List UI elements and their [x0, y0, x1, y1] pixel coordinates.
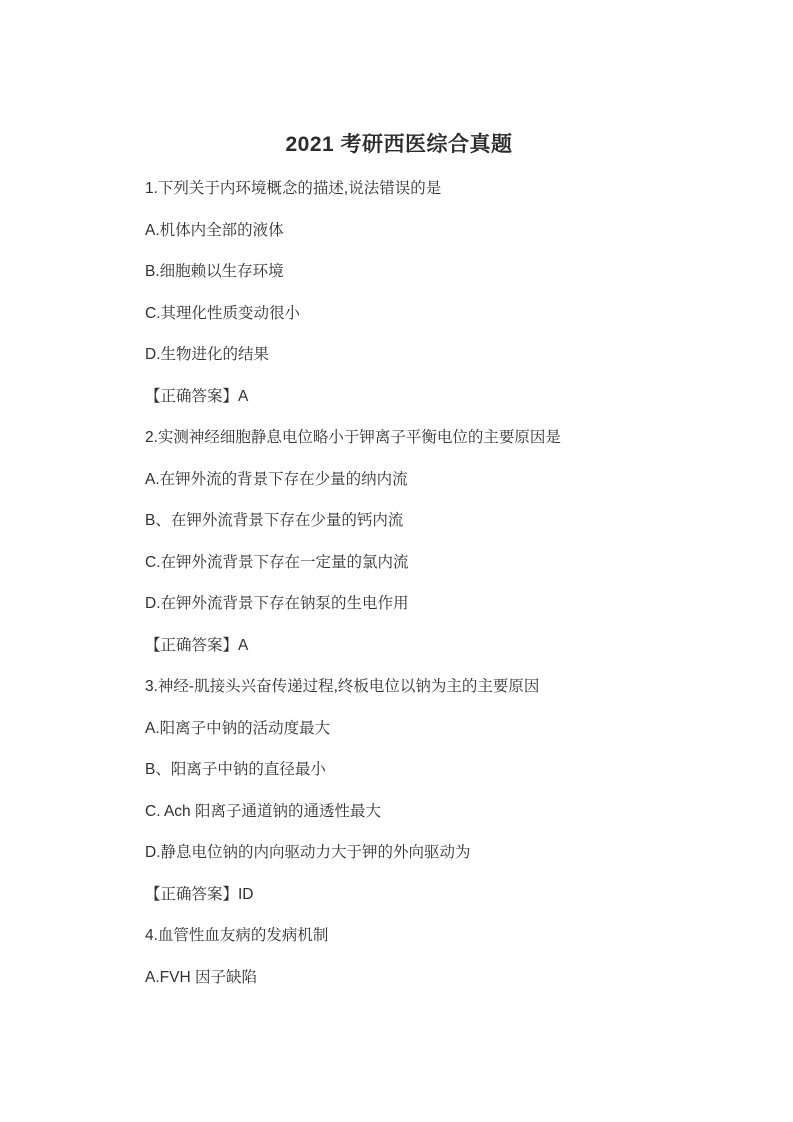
- question-stem: 4.血管性血友病的发病机制: [145, 926, 653, 947]
- option-line: D.静息电位钠的内向驱动力大于钾的外向驱动为: [145, 843, 653, 864]
- option-line: D.生物进化的结果: [145, 345, 653, 366]
- option-line: B.细胞赖以生存环境: [145, 262, 653, 283]
- option-line: D.在钾外流背景下存在钠泵的生电作用: [145, 594, 653, 615]
- option-line: A.FVH 因子缺陷: [145, 968, 653, 989]
- question-stem: 1.下列关于内环境概念的描述,说法错误的是: [145, 179, 653, 200]
- option-line: B、阳离子中钠的直径最小: [145, 760, 653, 781]
- question-block-3: 3.神经-肌接头兴奋传递过程,终板电位以钠为主的主要原因 A.阳离子中钠的活动度…: [145, 677, 653, 905]
- question-stem: 3.神经-肌接头兴奋传递过程,终板电位以钠为主的主要原因: [145, 677, 653, 698]
- question-block-1: 1.下列关于内环境概念的描述,说法错误的是 A.机体内全部的液体 B.细胞赖以生…: [145, 179, 653, 407]
- option-line: C. Ach 阳离子通道钠的通透性最大: [145, 802, 653, 823]
- document-page: 2021 考研西医综合真题 1.下列关于内环境概念的描述,说法错误的是 A.机体…: [0, 0, 793, 1122]
- document-content: 2021 考研西医综合真题 1.下列关于内环境概念的描述,说法错误的是 A.机体…: [0, 0, 793, 988]
- option-line: C.其理化性质变动很小: [145, 304, 653, 325]
- option-line: B、在钾外流背景下存在少量的钙内流: [145, 511, 653, 532]
- option-line: A.机体内全部的液体: [145, 221, 653, 242]
- question-block-4: 4.血管性血友病的发病机制 A.FVH 因子缺陷: [145, 926, 653, 988]
- question-block-2: 2.实测神经细胞静息电位略小于钾离子平衡电位的主要原因是 A.在钾外流的背景下存…: [145, 428, 653, 656]
- option-line: C.在钾外流背景下存在一定量的氯内流: [145, 553, 653, 574]
- question-stem: 2.实测神经细胞静息电位略小于钾离子平衡电位的主要原因是: [145, 428, 653, 449]
- option-line: A.在钾外流的背景下存在少量的纳内流: [145, 470, 653, 491]
- answer-line: 【正确答案】ID: [145, 885, 653, 906]
- answer-line: 【正确答案】A: [145, 636, 653, 657]
- option-line: A.阳离子中钠的活动度最大: [145, 719, 653, 740]
- document-title: 2021 考研西医综合真题: [145, 132, 653, 158]
- answer-line: 【正确答案】A: [145, 387, 653, 408]
